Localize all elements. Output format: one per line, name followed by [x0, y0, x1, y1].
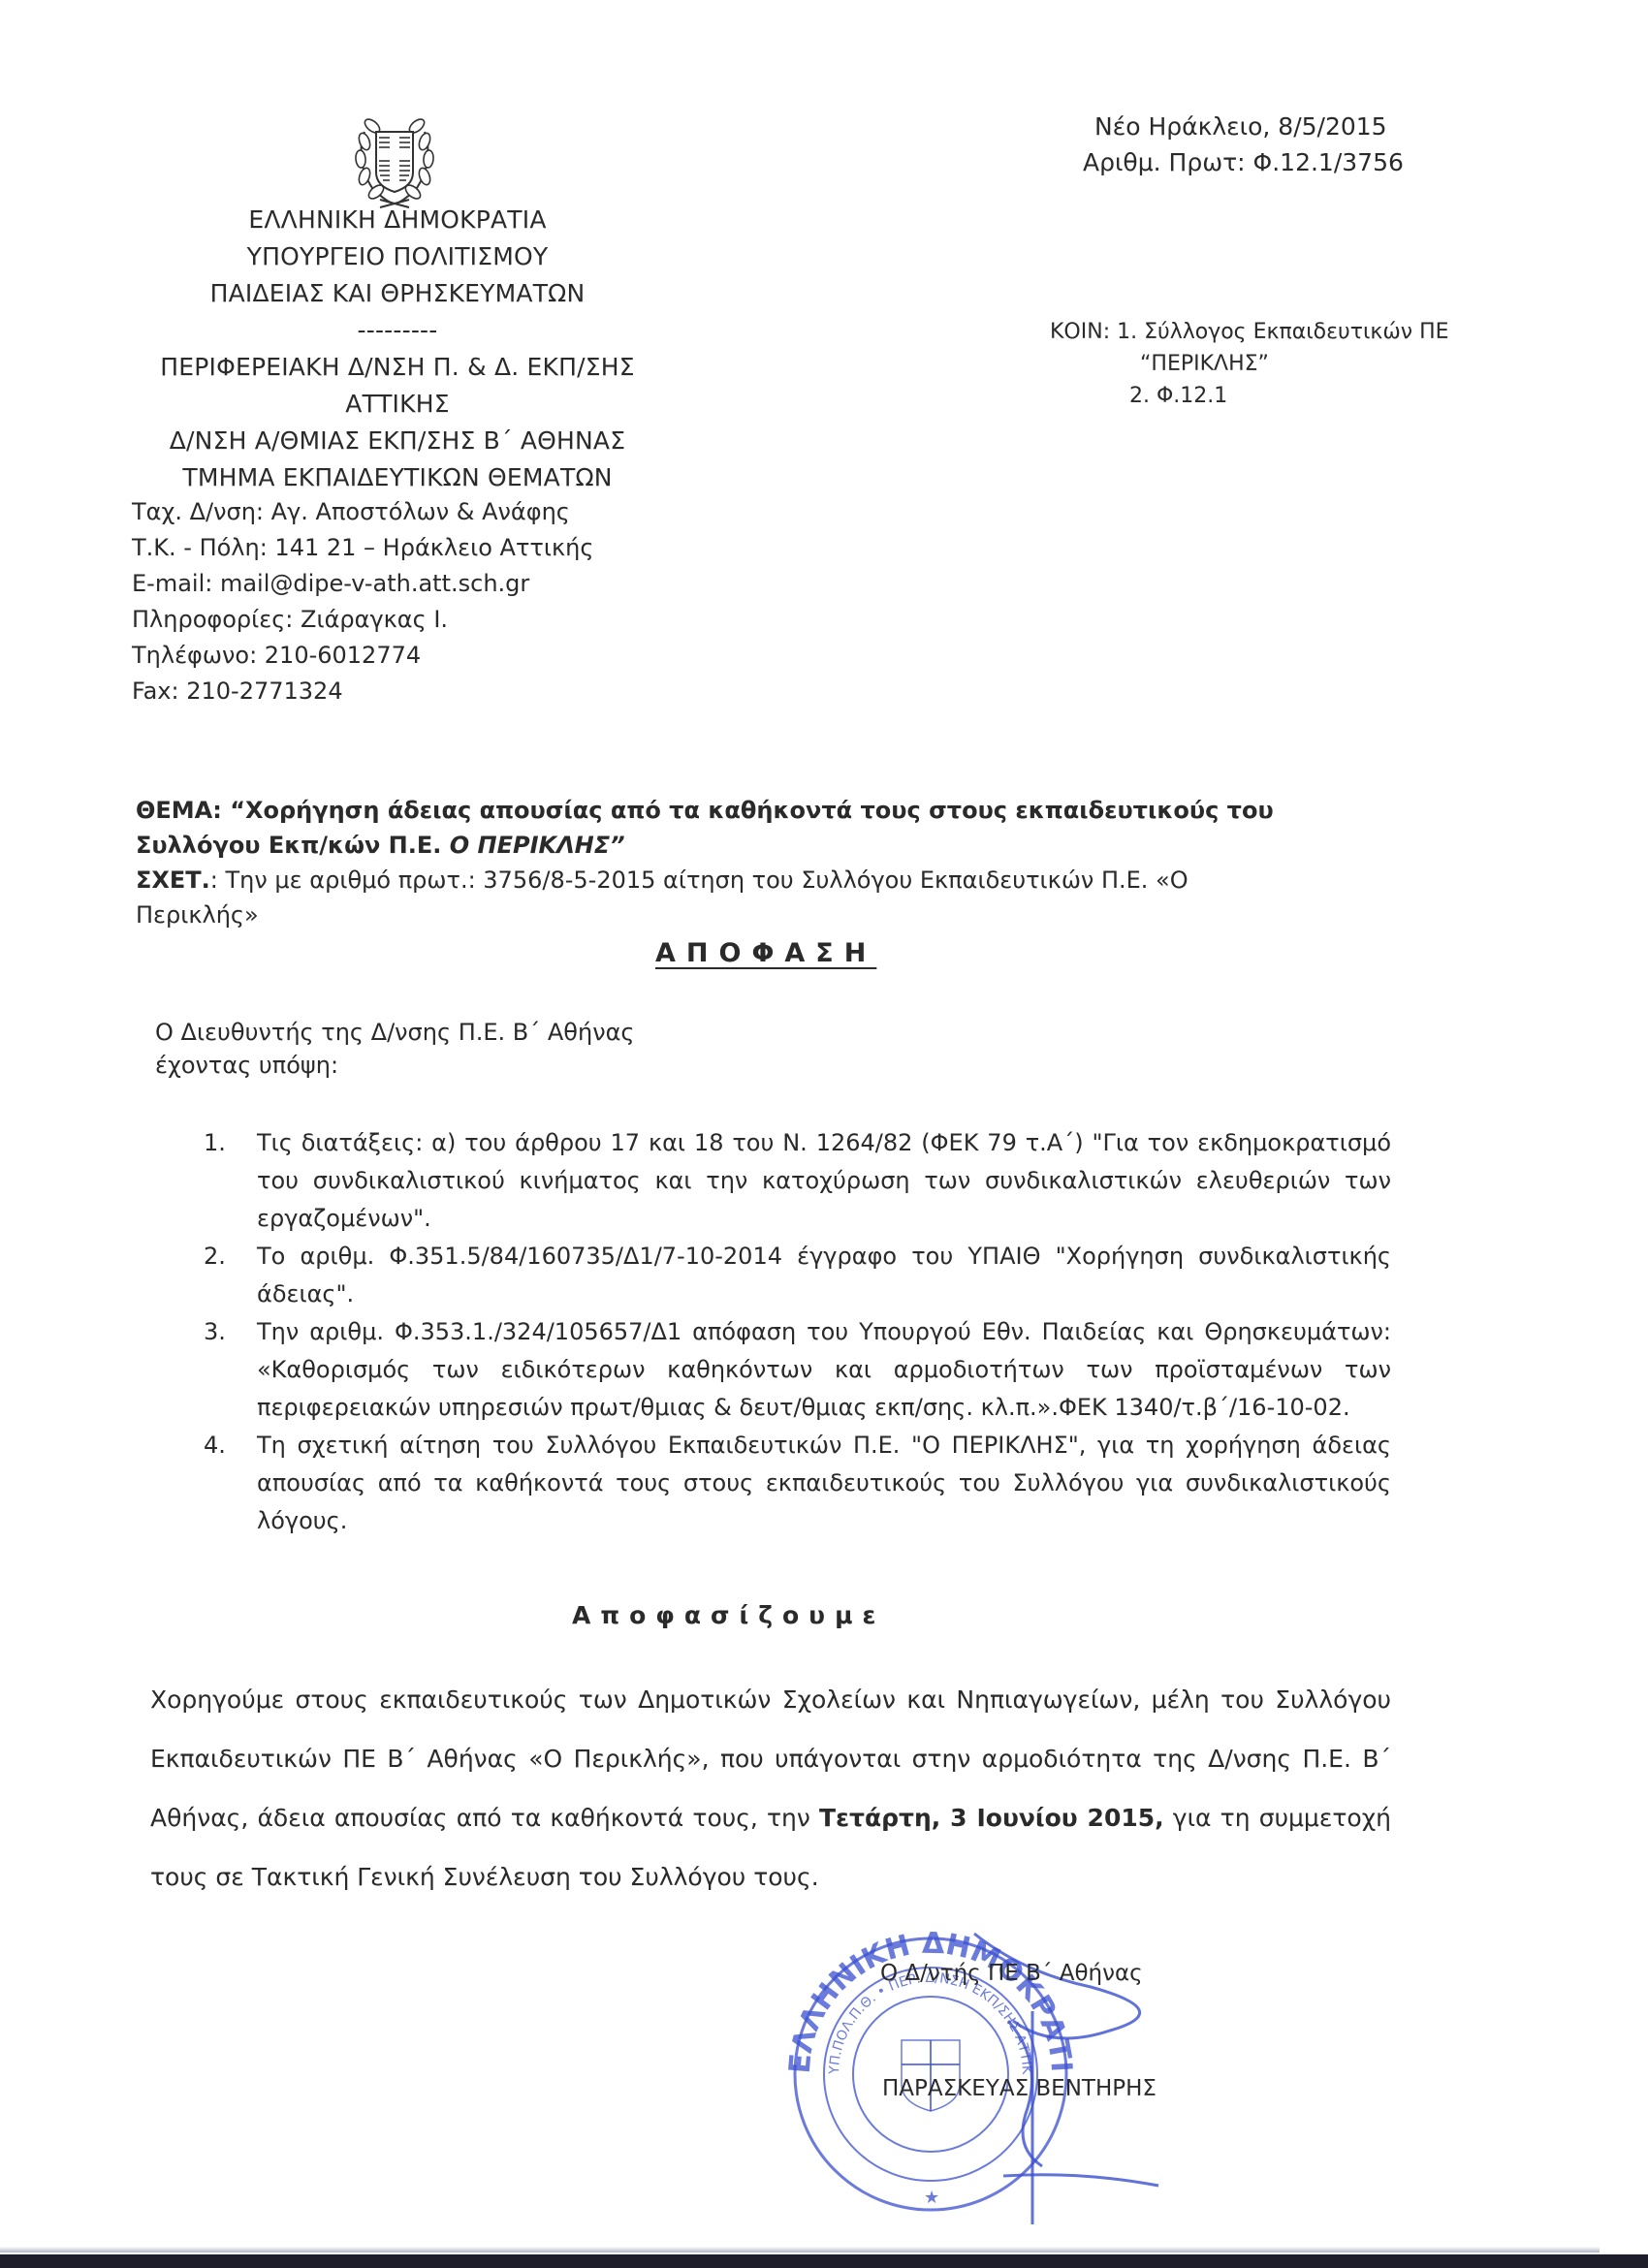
- list-item: 4. Τη σχετική αίτηση του Συλλόγου Εκπαιδ…: [204, 1427, 1391, 1540]
- intro-line: Ο Διευθυντής της Δ/νσης Π.Ε. Β΄ Αθήνας: [155, 1016, 635, 1049]
- header-line: ΥΠΟΥΡΓΕΙΟ ΠΟΛΙΤΙΣΜΟΥ: [136, 238, 659, 275]
- signatory-name: ΠΑΡΑΣΚΕΥΑΣ ΒΕΝΤΗΡΗΣ: [882, 2076, 1157, 2101]
- subject-text-italic: Ο ΠΕΡΙΚΛΗΣ”: [450, 832, 625, 859]
- subject-text: “Χορήγηση άδειας απουσίας από τα καθήκον…: [230, 797, 1273, 824]
- list-item: 1. Τις διατάξεις: α) του άρθρου 17 και 1…: [204, 1124, 1391, 1238]
- scan-edge-shadow: [0, 2247, 1600, 2252]
- subject-label: ΘΕΜΑ:: [136, 797, 222, 824]
- header-line: ΠΑΙΔΕΙΑΣ ΚΑΙ ΘΡΗΣΚΕΥΜΑΤΩΝ: [136, 275, 659, 312]
- info-contact: Πληροφορίες: Ζιάραγκας Ι.: [132, 602, 593, 638]
- email: E-mail: mail@dipe-v-ath.att.sch.gr: [132, 566, 593, 602]
- header-divider: ---------: [136, 312, 659, 349]
- contact-details: Ταχ. Δ/νση: Αγ. Αποστόλων & Ανάφης Τ.Κ. …: [132, 494, 593, 709]
- subject-block: ΘΕΜΑ: “Χορήγηση άδειας απουσίας από τα κ…: [136, 793, 1415, 932]
- letterhead: ΕΛΛΗΝΙΚΗ ΔΗΜΟΚΡΑΤΙΑ ΥΠΟΥΡΓΕΙΟ ΠΟΛΙΤΙΣΜΟΥ…: [136, 202, 659, 496]
- reference-label: ΣΧΕΤ.: [136, 866, 210, 894]
- intro-line: έχοντας υπόψη:: [155, 1049, 635, 1082]
- postal-code-city: Τ.Κ. - Πόλη: 141 21 – Ηράκλειο Αττικής: [132, 530, 593, 566]
- header-line: ΕΛΛΗΝΙΚΗ ΔΗΜΟΚΡΑΤΙΑ: [136, 202, 659, 238]
- scan-edge: [0, 2254, 1648, 2268]
- header-line: ΠΕΡΙΦΕΡΕΙΑΚΗ Δ/ΝΣΗ Π. & Δ. ΕΚΠ/ΣΗΣ: [136, 349, 659, 386]
- decision-date: Τετάρτη, 3 Ιουνίου 2015,: [819, 1804, 1164, 1832]
- list-item: 2. Το αριθμ. Φ.351.5/84/160735/Δ1/7-10-2…: [204, 1238, 1391, 1313]
- cc-recipients: ΚΟΙΝ: 1. Σύλλογος Εκπαιδευτικών ΠΕ “ΠΕΡΙ…: [1050, 316, 1449, 412]
- signatory-role: Ο Δ/ντής ΠΕ Β΄ Αθήνας: [880, 1961, 1143, 1986]
- considerations-list: 1. Τις διατάξεις: α) του άρθρου 17 και 1…: [204, 1124, 1391, 1540]
- decision-title: ΑΠΟΦΑΣΗ: [655, 938, 876, 968]
- svg-text:★: ★: [924, 2188, 939, 2208]
- cc-line: 2. Φ.12.1: [1050, 380, 1449, 412]
- subject-text: Συλλόγου Εκπ/κών Π.Ε.: [136, 832, 450, 859]
- greek-coat-of-arms-icon: [351, 112, 438, 209]
- reference-text: : Την με αριθμό πρωτ.: 3756/8-5-2015 αίτ…: [136, 866, 1188, 929]
- decision-intro: Ο Διευθυντής της Δ/νσης Π.Ε. Β΄ Αθήνας έ…: [155, 1016, 635, 1082]
- list-item: 3. Την αριθμ. Φ.353.1./324/105657/Δ1 από…: [204, 1313, 1391, 1427]
- fax: Fax: 210-2771324: [132, 674, 593, 709]
- cc-line: ΚΟΙΝ: 1. Σύλλογος Εκπαιδευτικών ΠΕ: [1050, 316, 1449, 348]
- protocol-number: Αριθμ. Πρωτ: Φ.12.1/3756: [1083, 144, 1404, 180]
- decide-heading: Αποφασίζουμε: [572, 1601, 885, 1629]
- postal-address: Ταχ. Δ/νση: Αγ. Αποστόλων & Ανάφης: [132, 494, 593, 530]
- header-line: ΤΜΗΜΑ ΕΚΠΑΙΔΕΥΤΙΚΩΝ ΘΕΜΑΤΩΝ: [136, 459, 659, 496]
- cc-line: “ΠΕΡΙΚΛΗΣ”: [1050, 348, 1449, 380]
- decision-body: Χορηγούμε στους εκπαιδευτικούς των Δημοτ…: [150, 1670, 1391, 1906]
- header-line: ΑΤΤΙΚΗΣ: [136, 386, 659, 423]
- date-protocol: Νέο Ηράκλειο, 8/5/2015 Αριθμ. Πρωτ: Φ.12…: [1083, 109, 1404, 180]
- header-line: Δ/ΝΣΗ Α/ΘΜΙΑΣ ΕΚΠ/ΣΗΣ Β΄ ΑΘΗΝΑΣ: [136, 423, 659, 459]
- phone: Τηλέφωνο: 210-6012774: [132, 638, 593, 674]
- place-date: Νέο Ηράκλειο, 8/5/2015: [1083, 109, 1404, 144]
